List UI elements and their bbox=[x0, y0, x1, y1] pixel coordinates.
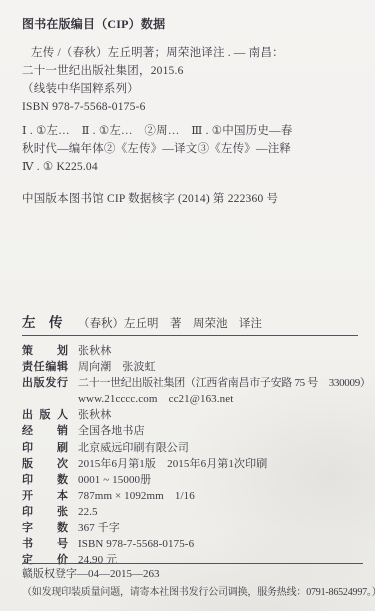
cip-registry-number: 中国版本图书馆 CIP 数据核字 (2014) 第 222360 号 bbox=[22, 190, 363, 208]
book-byline: （春秋）左丘明 著 周荣池 译注 bbox=[78, 315, 262, 331]
cip-heading: 图书在版编目（CIP）数据 bbox=[22, 15, 363, 33]
row-value: 367 千字 bbox=[78, 520, 120, 536]
colophon-row-planner: 策划 张秋林 bbox=[22, 343, 363, 359]
colophon-row-print-run: 印数 0001 ~ 15000册 bbox=[22, 472, 363, 488]
row-label: 开本 bbox=[22, 488, 68, 504]
row-value: 二十一世纪出版社集团（江西省南昌市子安路 75 号 330009） bbox=[78, 375, 371, 391]
colophon-row-distribution: 经销 全国各地书店 bbox=[22, 423, 363, 439]
row-label: 字数 bbox=[22, 520, 68, 536]
row-value: ISBN 978-7-5568-0175-6 bbox=[78, 536, 194, 552]
scanned-copyright-page: 图书在版编目（CIP）数据 左传 /（春秋）左丘明著；周荣池译注 . — 南昌：… bbox=[0, 0, 375, 611]
row-value: 787mm × 1092mm 1/16 bbox=[78, 488, 195, 504]
copyright-registration: 赣版权登字—04—2015—263 bbox=[22, 567, 160, 582]
row-value: 张秋林 bbox=[78, 343, 111, 359]
cip-class-line: Ⅳ . ① K225.04 bbox=[22, 158, 363, 176]
cip-block: 图书在版编目（CIP）数据 左传 /（春秋）左丘明著；周荣池译注 . — 南昌：… bbox=[22, 15, 363, 208]
row-label: 印刷 bbox=[22, 440, 68, 456]
row-value: 周向潮 张波虹 bbox=[78, 359, 156, 375]
quality-notice: （如发现印装质量问题，请寄本社图书发行公司调换，服务热线：0791-865249… bbox=[22, 583, 375, 598]
row-value: 全国各地书店 bbox=[78, 423, 145, 439]
row-label: 策划 bbox=[22, 343, 68, 359]
row-label: 出版发行 bbox=[22, 375, 68, 391]
cip-class-line: 秋时代—编年体②《左传》—译文③《左传》—注释 bbox=[22, 140, 363, 158]
colophon-row-price: 定价 24.90 元 bbox=[22, 552, 363, 568]
row-label: 印张 bbox=[22, 504, 68, 520]
colophon-row-isbn: 书号 ISBN 978-7-5568-0175-6 bbox=[22, 536, 363, 552]
row-value: 22.5 bbox=[78, 504, 98, 520]
colophon-row-publisher-person: 出版人 张秋林 bbox=[22, 407, 363, 423]
book-title: 左 传 bbox=[22, 311, 78, 331]
row-label bbox=[22, 391, 68, 407]
row-value: 张秋林 bbox=[78, 407, 111, 423]
colophon-row-website-email: www.21cccc.com cc21@163.net bbox=[22, 391, 363, 407]
row-label: 书号 bbox=[22, 536, 68, 552]
cip-class-line: Ⅰ . ①左… Ⅱ . ①左… ②周… Ⅲ . ①中国历史—春 bbox=[22, 122, 363, 140]
colophon-row-editors: 责任编辑 周向潮 张波虹 bbox=[22, 359, 363, 375]
row-label: 责任编辑 bbox=[22, 359, 68, 375]
row-label: 印数 bbox=[22, 472, 68, 488]
cip-desc-line: （线装中华国粹系列） bbox=[22, 80, 363, 98]
colophon-row-format: 开本 787mm × 1092mm 1/16 bbox=[22, 488, 363, 504]
footer-divider bbox=[22, 563, 363, 564]
row-value: 2015年6月第1版 2015年6月第1次印刷 bbox=[78, 456, 267, 472]
cip-desc-line: 左传 /（春秋）左丘明著；周荣池译注 . — 南昌： bbox=[22, 44, 363, 62]
cip-description: 左传 /（春秋）左丘明著；周荣池译注 . — 南昌： 二十一世纪出版社集团，20… bbox=[22, 44, 363, 116]
row-value: www.21cccc.com cc21@163.net bbox=[78, 391, 233, 407]
colophon-row-word-count: 字数 367 千字 bbox=[22, 520, 363, 536]
cip-isbn-line: ISBN 978-7-5568-0175-6 bbox=[22, 98, 363, 116]
row-value: 0001 ~ 15000册 bbox=[78, 472, 151, 488]
cip-desc-line: 二十一世纪出版社集团，2015.6 bbox=[22, 62, 363, 80]
row-label: 经销 bbox=[22, 423, 68, 439]
row-value: 北京威远印刷有限公司 bbox=[78, 440, 189, 456]
colophon-row-edition: 版次 2015年6月第1版 2015年6月第1次印刷 bbox=[22, 456, 363, 472]
colophon-block: 左 传 （春秋）左丘明 著 周荣池 译注 策划 张秋林 责任编辑 周向潮 张波虹… bbox=[22, 311, 363, 568]
colophon-rows: 策划 张秋林 责任编辑 周向潮 张波虹 出版发行 二十一世纪出版社集团（江西省南… bbox=[22, 343, 363, 568]
cip-classification: Ⅰ . ①左… Ⅱ . ①左… ②周… Ⅲ . ①中国历史—春 秋时代—编年体②… bbox=[22, 122, 363, 176]
row-label: 出版人 bbox=[22, 407, 68, 423]
colophon-row-publisher: 出版发行 二十一世纪出版社集团（江西省南昌市子安路 75 号 330009） bbox=[22, 375, 363, 391]
colophon-row-sheets: 印张 22.5 bbox=[22, 504, 363, 520]
row-value: 24.90 元 bbox=[78, 552, 117, 568]
row-label: 定价 bbox=[22, 552, 68, 568]
colophon-row-printer: 印刷 北京威远印刷有限公司 bbox=[22, 440, 363, 456]
title-row: 左 传 （春秋）左丘明 著 周荣池 译注 bbox=[22, 311, 358, 336]
row-label: 版次 bbox=[22, 456, 68, 472]
